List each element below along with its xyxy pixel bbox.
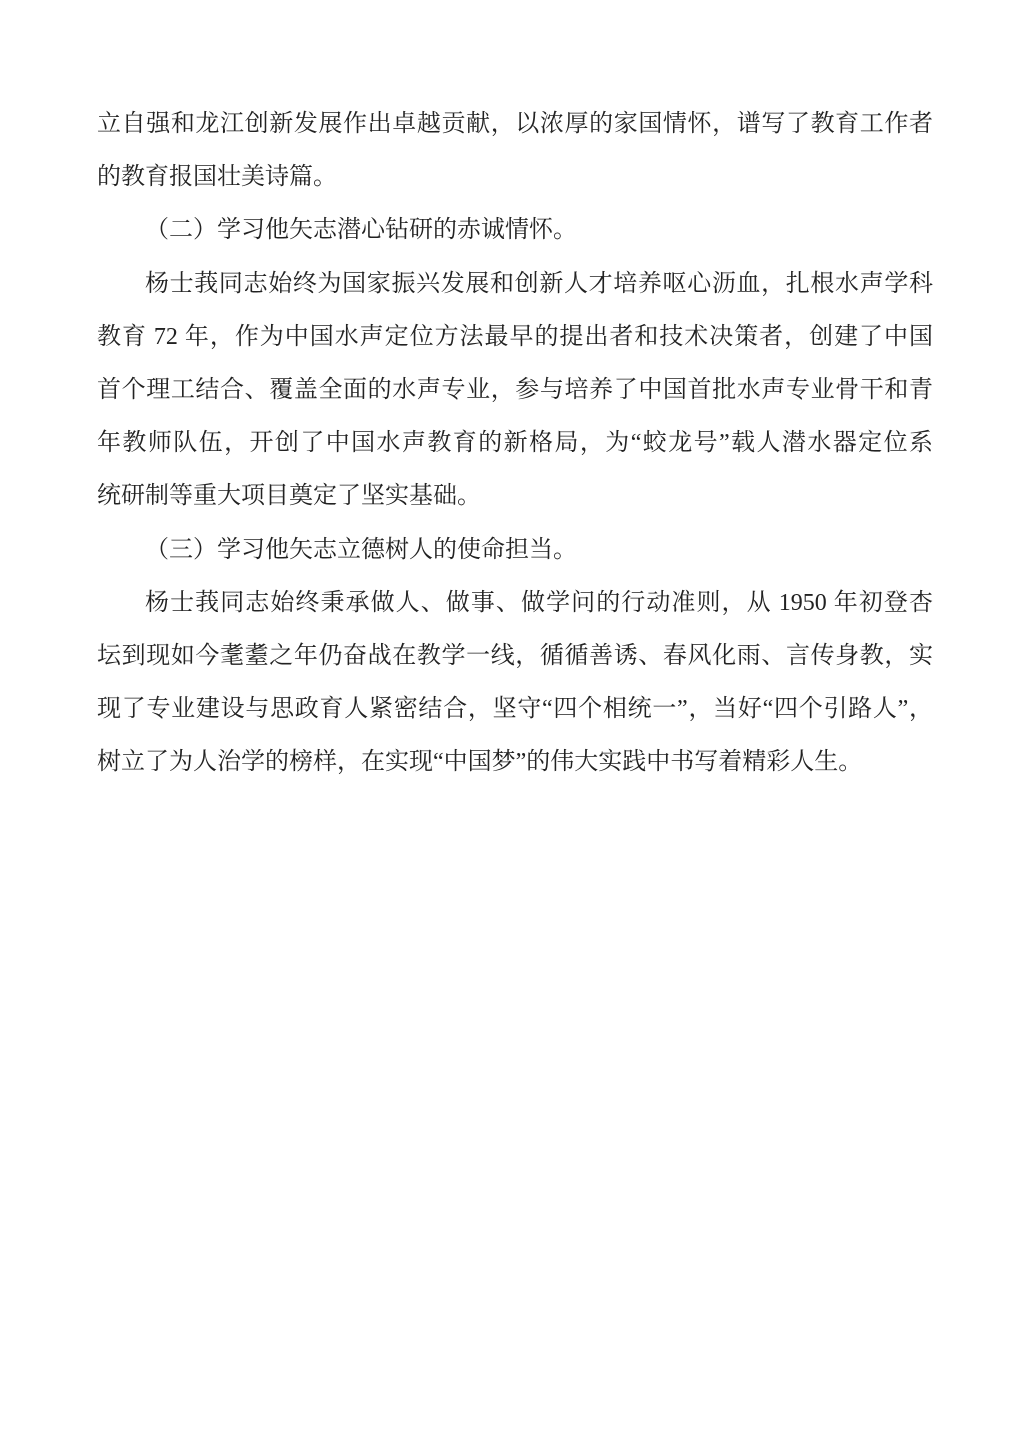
text-line: （二）学习他矢志潜心钻研的赤诚情怀。 bbox=[97, 204, 933, 257]
document-page: 立自强和龙江创新发展作出卓越贡献，以浓厚的家国情怀，谱写了教育工作者的教育报国壮… bbox=[0, 0, 1024, 1448]
text-line: 现了专业建设与思政育人紧密结合，坚守“四个相统一”，当好“四个引路人”， bbox=[97, 683, 933, 736]
document-body: 立自强和龙江创新发展作出卓越贡献，以浓厚的家国情怀，谱写了教育工作者的教育报国壮… bbox=[97, 98, 933, 789]
text-line: 统研制等重大项目奠定了坚实基础。 bbox=[97, 470, 933, 523]
text-line: （三）学习他矢志立德树人的使命担当。 bbox=[97, 524, 933, 577]
text-line: 杨士莪同志始终为国家振兴发展和创新人才培养呕心沥血，扎根水声学科 bbox=[97, 258, 933, 311]
text-line: 首个理工结合、覆盖全面的水声专业，参与培养了中国首批水声专业骨干和青 bbox=[97, 364, 933, 417]
text-line: 教育 72 年，作为中国水声定位方法最早的提出者和技术决策者，创建了中国 bbox=[97, 311, 933, 364]
text-line: 杨士莪同志始终秉承做人、做事、做学问的行动准则，从 1950 年初登杏 bbox=[97, 577, 933, 630]
text-line: 树立了为人治学的榜样，在实现“中国梦”的伟大实践中书写着精彩人生。 bbox=[97, 736, 933, 789]
text-line: 的教育报国壮美诗篇。 bbox=[97, 151, 933, 204]
text-line: 年教师队伍，开创了中国水声教育的新格局，为“蛟龙号”载人潜水器定位系 bbox=[97, 417, 933, 470]
text-line: 立自强和龙江创新发展作出卓越贡献，以浓厚的家国情怀，谱写了教育工作者 bbox=[97, 98, 933, 151]
text-line: 坛到现如今耄耋之年仍奋战在教学一线，循循善诱、春风化雨、言传身教，实 bbox=[97, 630, 933, 683]
